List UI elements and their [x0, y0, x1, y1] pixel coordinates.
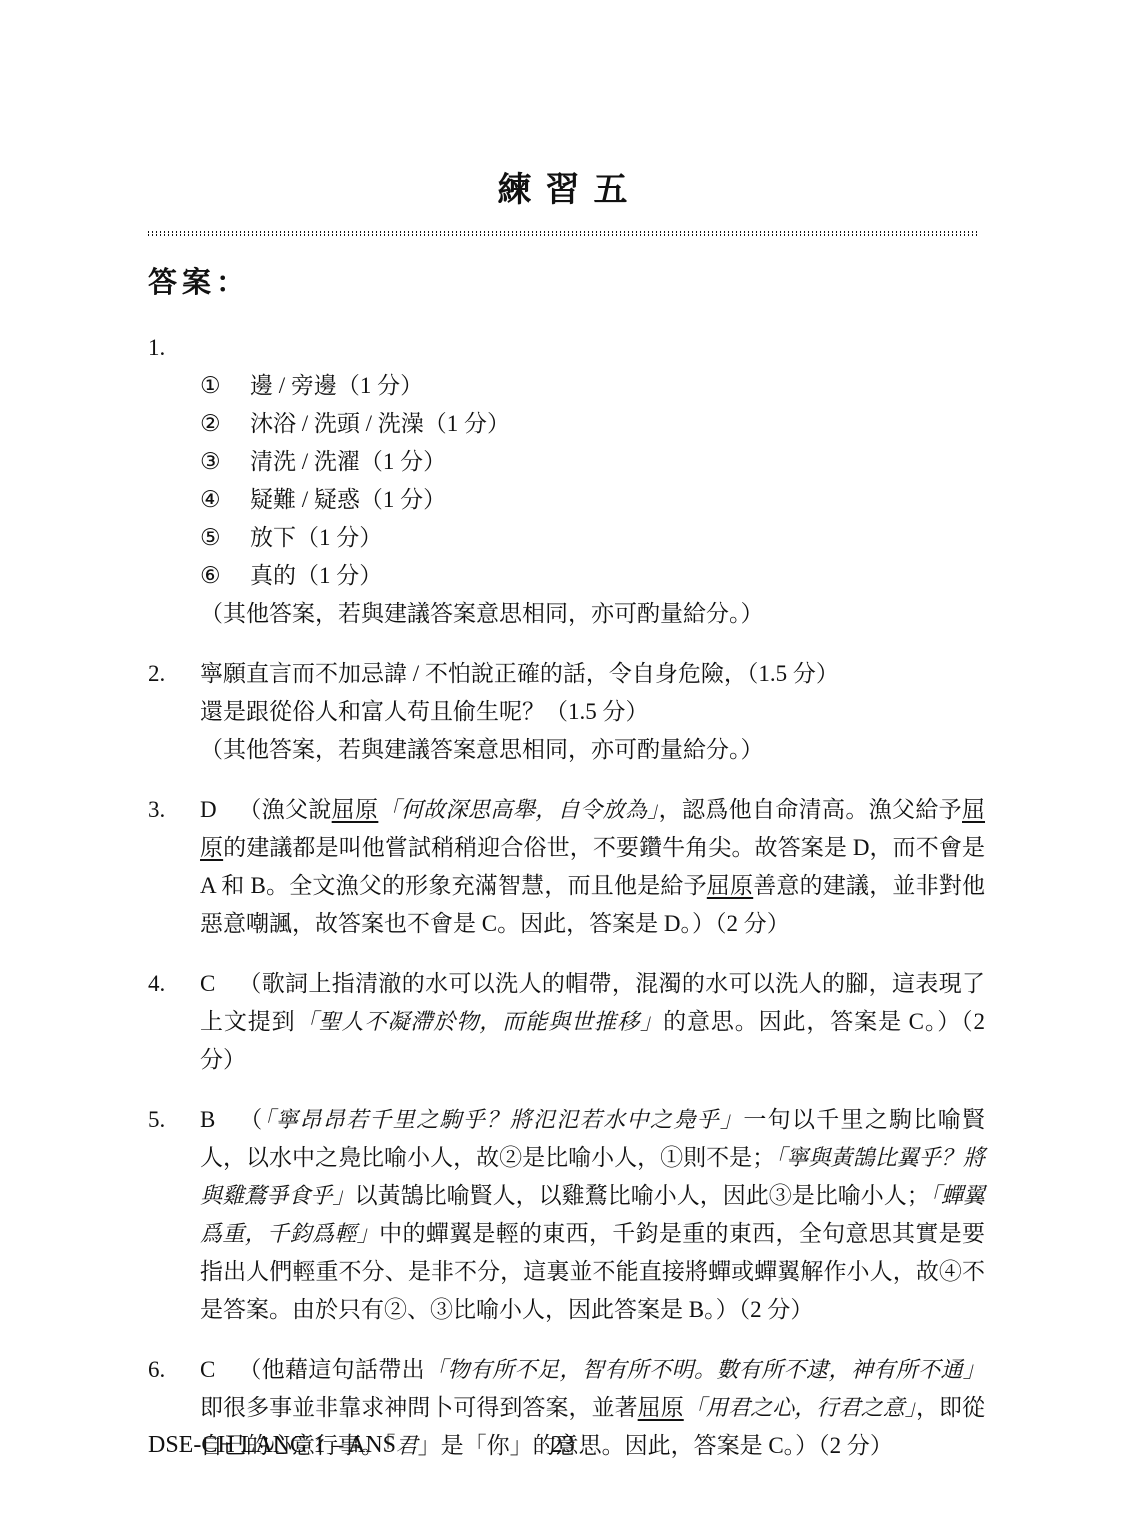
sub-answer-text: 沐浴 / 洗頭 / 洗澡（1 分） [250, 405, 985, 443]
page-footer: DSE-CH LANG 1 – ANS 23 [0, 1432, 1125, 1472]
answer-body: B（「寧昂昂若千里之駒乎？將氾氾若水中之鳧乎」一句以千里之駒比喻賢人，以水中之鳧… [200, 1101, 985, 1329]
circled-number-marker: ① [200, 367, 250, 405]
quoted-classical-text: 「用君之心，行君之意」 [684, 1395, 916, 1420]
sub-answer-list: ①邊 / 旁邊（1 分）②沐浴 / 洗頭 / 洗澡（1 分）③清洗 / 洗濯（1… [200, 367, 985, 633]
footer-page-number: 23 [551, 1432, 575, 1459]
body-text: （漁父說 [238, 797, 332, 822]
answer-item-3: 3.D（漁父說屈原「何故深思高舉，自令放為」，認爲他自命清高。漁父給予屈原的建議… [148, 791, 985, 943]
proper-noun-underlined: 屈原 [638, 1395, 684, 1420]
item-number: 2. [148, 655, 200, 769]
circled-number-marker: ⑥ [200, 557, 250, 595]
dotted-divider-line [148, 231, 977, 236]
quoted-classical-text: 「寧昂昂若千里之駒乎？將氾氾若水中之鳧乎」 [264, 1107, 744, 1132]
answer-body: 寧願直言而不加忌諱 / 不怕說正確的話，令自身危險，（1.5 分）還是跟從俗人和… [200, 655, 985, 769]
answer-line-1: 寧願直言而不加忌諱 / 不怕說正確的話，令自身危險，（1.5 分） [200, 655, 985, 693]
body-text: （他藉這句話帶出 [238, 1357, 425, 1382]
answer-explanation: C（歌詞上指清澈的水可以洗人的帽帶，混濁的水可以洗人的腳，這表現了上文提到「聖人… [200, 965, 985, 1079]
answer-letter: B [200, 1101, 238, 1139]
answer-line-3: （其他答案，若與建議答案意思相同，亦可酌量給分。） [200, 731, 985, 769]
answer-item-2: 2.寧願直言而不加忌諱 / 不怕說正確的話，令自身危險，（1.5 分）還是跟從俗… [148, 655, 985, 769]
sub-answer-row-1: ①邊 / 旁邊（1 分） [200, 367, 985, 405]
answer-body: D（漁父說屈原「何故深思高舉，自令放為」，認爲他自命清高。漁父給予屈原的建議都是… [200, 791, 985, 943]
answer-line-2: 還是跟從俗人和富人苟且偷生呢？（1.5 分） [200, 693, 985, 731]
sub-answer-row-6: ⑥真的（1 分） [200, 557, 985, 595]
answer-item-5: 5.B（「寧昂昂若千里之駒乎？將氾氾若水中之鳧乎」一句以千里之駒比喻賢人，以水中… [148, 1101, 985, 1329]
sub-answer-text: 邊 / 旁邊（1 分） [250, 367, 985, 405]
sub-answer-row-4: ④疑難 / 疑惑（1 分） [200, 481, 985, 519]
quoted-classical-text: 「物有所不足，智有所不明。數有所不逮，神有所不通」 [425, 1357, 985, 1382]
body-text: 以黃鵠比喻賢人，以雞鶩比喻小人，因此③是比喻小人； [355, 1183, 930, 1208]
circled-number-marker: ② [200, 405, 250, 443]
sub-answer-text: 清洗 / 洗濯（1 分） [250, 443, 985, 481]
answer-letter: D [200, 791, 238, 829]
circled-number-marker: ④ [200, 481, 250, 519]
sub-answer-row-5: ⑤放下（1 分） [200, 519, 985, 557]
item-number: 1. [148, 329, 200, 367]
answer-letter: C [200, 1351, 238, 1389]
answer-item-4: 4.C（歌詞上指清澈的水可以洗人的帽帶，混濁的水可以洗人的腳，這表現了上文提到「… [148, 965, 985, 1079]
document-page: 練習五 答案： 1.①邊 / 旁邊（1 分）②沐浴 / 洗頭 / 洗澡（1 分）… [0, 0, 1125, 1538]
answer-body: C（歌詞上指清澈的水可以洗人的帽帶，混濁的水可以洗人的腳，這表現了上文提到「聖人… [200, 965, 985, 1079]
item-number: 3. [148, 791, 200, 943]
marking-note: （其他答案，若與建議答案意思相同，亦可酌量給分。） [200, 595, 985, 633]
quoted-classical-text: 「何故深思高舉，自令放為」 [378, 797, 658, 822]
quoted-classical-text: 「聖人不凝滯於物，而能與世推移」 [296, 1009, 664, 1034]
sub-answer-text: 疑難 / 疑惑（1 分） [250, 481, 985, 519]
sub-answer-row-3: ③清洗 / 洗濯（1 分） [200, 443, 985, 481]
body-text: （ [238, 1107, 264, 1132]
footer-doc-code: DSE-CH LANG 1 – ANS [148, 1432, 396, 1459]
proper-noun-underlined: 屈原 [707, 873, 753, 898]
sub-answer-text: 放下（1 分） [250, 519, 985, 557]
answer-explanation: B（「寧昂昂若千里之駒乎？將氾氾若水中之鳧乎」一句以千里之駒比喻賢人，以水中之鳧… [200, 1101, 985, 1329]
body-text: 即很多事並非靠求神問卜可得到答案，並著 [200, 1395, 638, 1420]
answers-list: 1.①邊 / 旁邊（1 分）②沐浴 / 洗頭 / 洗澡（1 分）③清洗 / 洗濯… [148, 329, 985, 1465]
answer-explanation: D（漁父說屈原「何故深思高舉，自令放為」，認爲他自命清高。漁父給予屈原的建議都是… [200, 791, 985, 943]
answers-heading: 答案： [148, 260, 1125, 301]
circled-number-marker: ③ [200, 443, 250, 481]
sub-answer-text: 真的（1 分） [250, 557, 985, 595]
sub-answer-row-2: ②沐浴 / 洗頭 / 洗澡（1 分） [200, 405, 985, 443]
body-text: ，認爲他自命清高。漁父給予 [659, 797, 962, 822]
item-number: 4. [148, 965, 200, 1079]
circled-number-marker: ⑤ [200, 519, 250, 557]
proper-noun-underlined: 屈原 [332, 797, 379, 822]
answer-item-1: 1.①邊 / 旁邊（1 分）②沐浴 / 洗頭 / 洗澡（1 分）③清洗 / 洗濯… [148, 329, 985, 633]
page-title: 練習五 [0, 0, 1125, 211]
answer-letter: C [200, 965, 238, 1003]
item-number: 5. [148, 1101, 200, 1329]
